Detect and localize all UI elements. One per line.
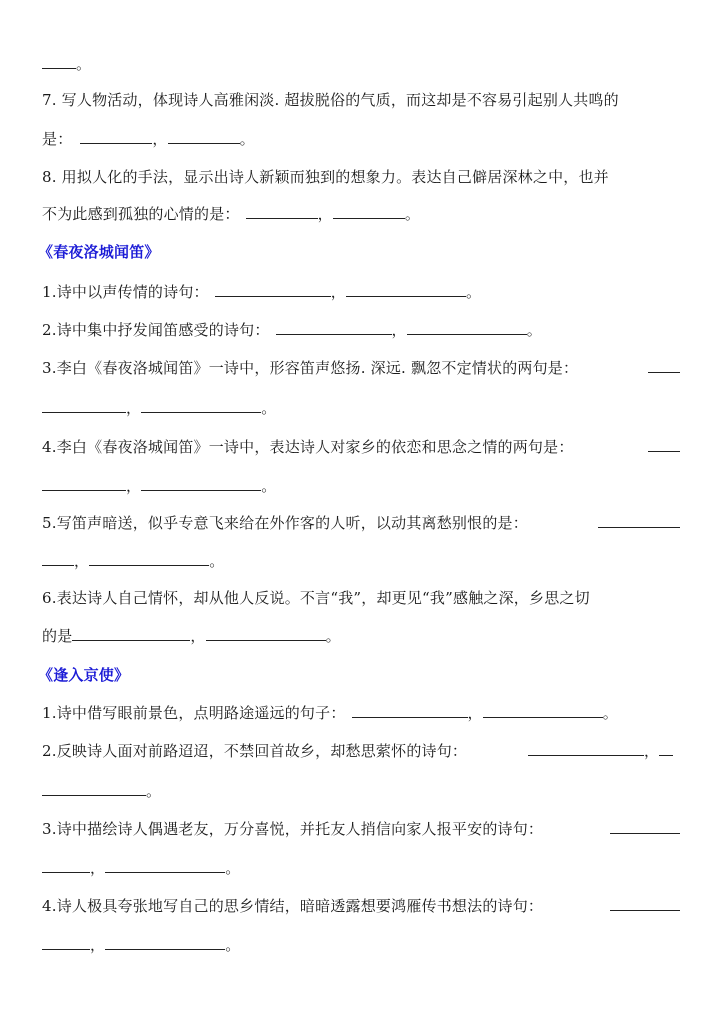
answer-blank[interactable] <box>610 896 680 911</box>
question-text: 李白《春夜洛城闻笛》一诗中，表达诗人对家乡的依恋和思念之情的两句是： <box>57 438 574 456</box>
question-text: 7. 写人物活动，体现诗人高雅闲淡. 超拔脱俗的气质，而这却是不容易引起别人共鸣… <box>42 91 619 109</box>
section-1-question-3-answers: ，。 <box>42 398 276 418</box>
question-number: 1. <box>42 704 57 722</box>
comma: ， <box>126 399 141 417</box>
question-text: 诗中借写眼前景色，点明路途遥远的句子： <box>57 704 346 722</box>
section-2-question-1: 1.诗中借写眼前景色，点明路途遥远的句子：，。 <box>42 703 618 723</box>
answer-blank-trailing <box>610 896 680 916</box>
answer-blank[interactable] <box>141 476 261 491</box>
question-number: 1. <box>42 283 57 301</box>
answer-blank[interactable] <box>168 129 240 144</box>
answer-blank[interactable] <box>610 819 680 834</box>
section-1-question-6: 6.表达诗人自己情怀，却从他人反说。不言“我”，却更见“我”感触之深，乡思之切 <box>42 588 590 608</box>
question-text: 李白《春夜洛城闻笛》一诗中，形容笛声悠扬. 深远. 飘忽不定情状的两句是： <box>57 359 578 377</box>
section-1-question-5-answers: ，。 <box>42 551 224 571</box>
question-number: 3. <box>42 359 57 377</box>
period: 。 <box>240 130 255 148</box>
period: 。 <box>466 283 481 301</box>
answer-blank[interactable] <box>141 398 261 413</box>
comma: ， <box>392 321 407 339</box>
question-7-answers: 是：，。 <box>42 129 255 149</box>
question-text: 不为此感到孤独的心情的是： <box>42 205 240 223</box>
question-text: 诗中以声传情的诗句： <box>57 283 209 301</box>
section-2-question-4-answers: ，。 <box>42 935 240 955</box>
section-title-fengrujingshi: 《逢入京使》 <box>38 665 129 685</box>
section-2-question-3-answers: ，。 <box>42 858 240 878</box>
answer-blank[interactable] <box>276 320 392 335</box>
answer-blank-trailing <box>648 358 680 378</box>
question-text: 诗人极具夸张地写自己的思乡情结，暗暗透露想要鸿雁传书想法的诗句： <box>57 897 543 915</box>
answer-blank[interactable] <box>352 703 468 718</box>
period: 。 <box>76 55 91 73</box>
comma: ， <box>152 130 167 148</box>
answer-blank[interactable] <box>89 551 209 566</box>
question-8-answers: 不为此感到孤独的心情的是：，。 <box>42 204 420 224</box>
comma: ， <box>644 742 659 760</box>
question-number: 2. <box>42 742 57 760</box>
period: 。 <box>261 477 276 495</box>
period: 。 <box>146 782 161 800</box>
comma: ， <box>318 205 333 223</box>
answer-blank[interactable] <box>42 398 126 413</box>
question-number: 5. <box>42 514 57 532</box>
question-number: 6. <box>42 589 57 607</box>
answer-blank[interactable] <box>42 781 146 796</box>
answer-blank[interactable] <box>105 935 225 950</box>
section-1-question-3: 3.李白《春夜洛城闻笛》一诗中，形容笛声悠扬. 深远. 飘忽不定情状的两句是： <box>42 358 578 378</box>
section-2-question-3: 3.诗中描绘诗人偶遇老友，万分喜悦，并托友人捎信向家人报平安的诗句： <box>42 819 543 839</box>
period: 。 <box>209 552 224 570</box>
question-text: 是： <box>42 130 72 148</box>
period: 。 <box>603 704 618 722</box>
answer-blank[interactable] <box>80 129 152 144</box>
question-7: 7. 写人物活动，体现诗人高雅闲淡. 超拔脱俗的气质，而这却是不容易引起别人共鸣… <box>42 90 619 110</box>
question-text: 的是 <box>42 627 72 645</box>
comma: ， <box>90 859 105 877</box>
answer-blank[interactable] <box>42 858 90 873</box>
answer-blank[interactable] <box>648 358 680 373</box>
question-number: 2. <box>42 321 57 339</box>
answer-blank[interactable] <box>659 741 673 756</box>
period: 。 <box>326 627 341 645</box>
answer-blank[interactable] <box>333 204 405 219</box>
section-1-question-1: 1.诗中以声传情的诗句：，。 <box>42 282 481 302</box>
carryover-answer-line: 。 <box>42 54 91 74</box>
period: 。 <box>527 321 542 339</box>
comma: ， <box>468 704 483 722</box>
period: 。 <box>405 205 420 223</box>
section-1-question-4: 4.李白《春夜洛城闻笛》一诗中，表达诗人对家乡的依恋和思念之情的两句是： <box>42 437 574 457</box>
answer-blank[interactable] <box>72 626 190 641</box>
period: 。 <box>261 399 276 417</box>
comma: ， <box>126 477 141 495</box>
answer-blank[interactable] <box>215 282 331 297</box>
answer-blank-trailing: ， <box>528 741 673 761</box>
section-title-chunye: 《春夜洛城闻笛》 <box>38 242 160 262</box>
comma: ， <box>190 627 205 645</box>
answer-blank[interactable] <box>598 513 680 528</box>
answer-blank-trailing <box>648 437 680 457</box>
section-2-question-4: 4.诗人极具夸张地写自己的思乡情结，暗暗透露想要鸿雁传书想法的诗句： <box>42 896 543 916</box>
answer-blank[interactable] <box>105 858 225 873</box>
question-text: 8. 用拟人化的手法，显示出诗人新颖而独到的想象力。表达自己僻居深林之中，也并 <box>42 168 609 186</box>
question-8: 8. 用拟人化的手法，显示出诗人新颖而独到的想象力。表达自己僻居深林之中，也并 <box>42 167 609 187</box>
answer-blank[interactable] <box>407 320 527 335</box>
section-1-question-2: 2.诗中集中抒发闻笛感受的诗句：，。 <box>42 320 542 340</box>
comma: ， <box>90 936 105 954</box>
question-text: 诗中集中抒发闻笛感受的诗句： <box>57 321 270 339</box>
question-text: 写笛声暗送，似乎专意飞来给在外作客的人听，以动其离愁别恨的是： <box>57 514 528 532</box>
section-1-question-6-answers: 的是，。 <box>42 626 341 646</box>
answer-blank[interactable] <box>42 476 126 491</box>
question-text: 诗中描绘诗人偶遇老友，万分喜悦，并托友人捎信向家人报平安的诗句： <box>57 820 543 838</box>
question-number: 4. <box>42 438 57 456</box>
section-2-question-2-answers: 。 <box>42 781 161 801</box>
answer-blank[interactable] <box>346 282 466 297</box>
answer-blank-trailing <box>598 513 680 533</box>
answer-blank-trailing <box>610 819 680 839</box>
answer-blank[interactable] <box>528 741 644 756</box>
answer-blank[interactable] <box>246 204 318 219</box>
period: 。 <box>225 859 240 877</box>
answer-blank[interactable] <box>42 551 74 566</box>
comma: ， <box>331 283 346 301</box>
period: 。 <box>225 936 240 954</box>
answer-blank[interactable] <box>206 626 326 641</box>
question-text: 反映诗人面对前路迢迢，不禁回首故乡，却愁思萦怀的诗句： <box>57 742 467 760</box>
question-number: 4. <box>42 897 57 915</box>
question-number: 3. <box>42 820 57 838</box>
section-1-question-5: 5.写笛声暗送，似乎专意飞来给在外作客的人听，以动其离愁别恨的是： <box>42 513 528 533</box>
comma: ， <box>74 552 89 570</box>
answer-blank[interactable] <box>648 437 680 452</box>
section-2-question-2: 2.反映诗人面对前路迢迢，不禁回首故乡，却愁思萦怀的诗句： <box>42 741 467 761</box>
question-text: 表达诗人自己情怀，却从他人反说。不言“我”，却更见“我”感触之深，乡思之切 <box>57 589 590 607</box>
answer-blank[interactable] <box>483 703 603 718</box>
answer-blank[interactable] <box>42 935 90 950</box>
section-1-question-4-answers: ，。 <box>42 476 276 496</box>
answer-blank[interactable] <box>42 54 76 69</box>
